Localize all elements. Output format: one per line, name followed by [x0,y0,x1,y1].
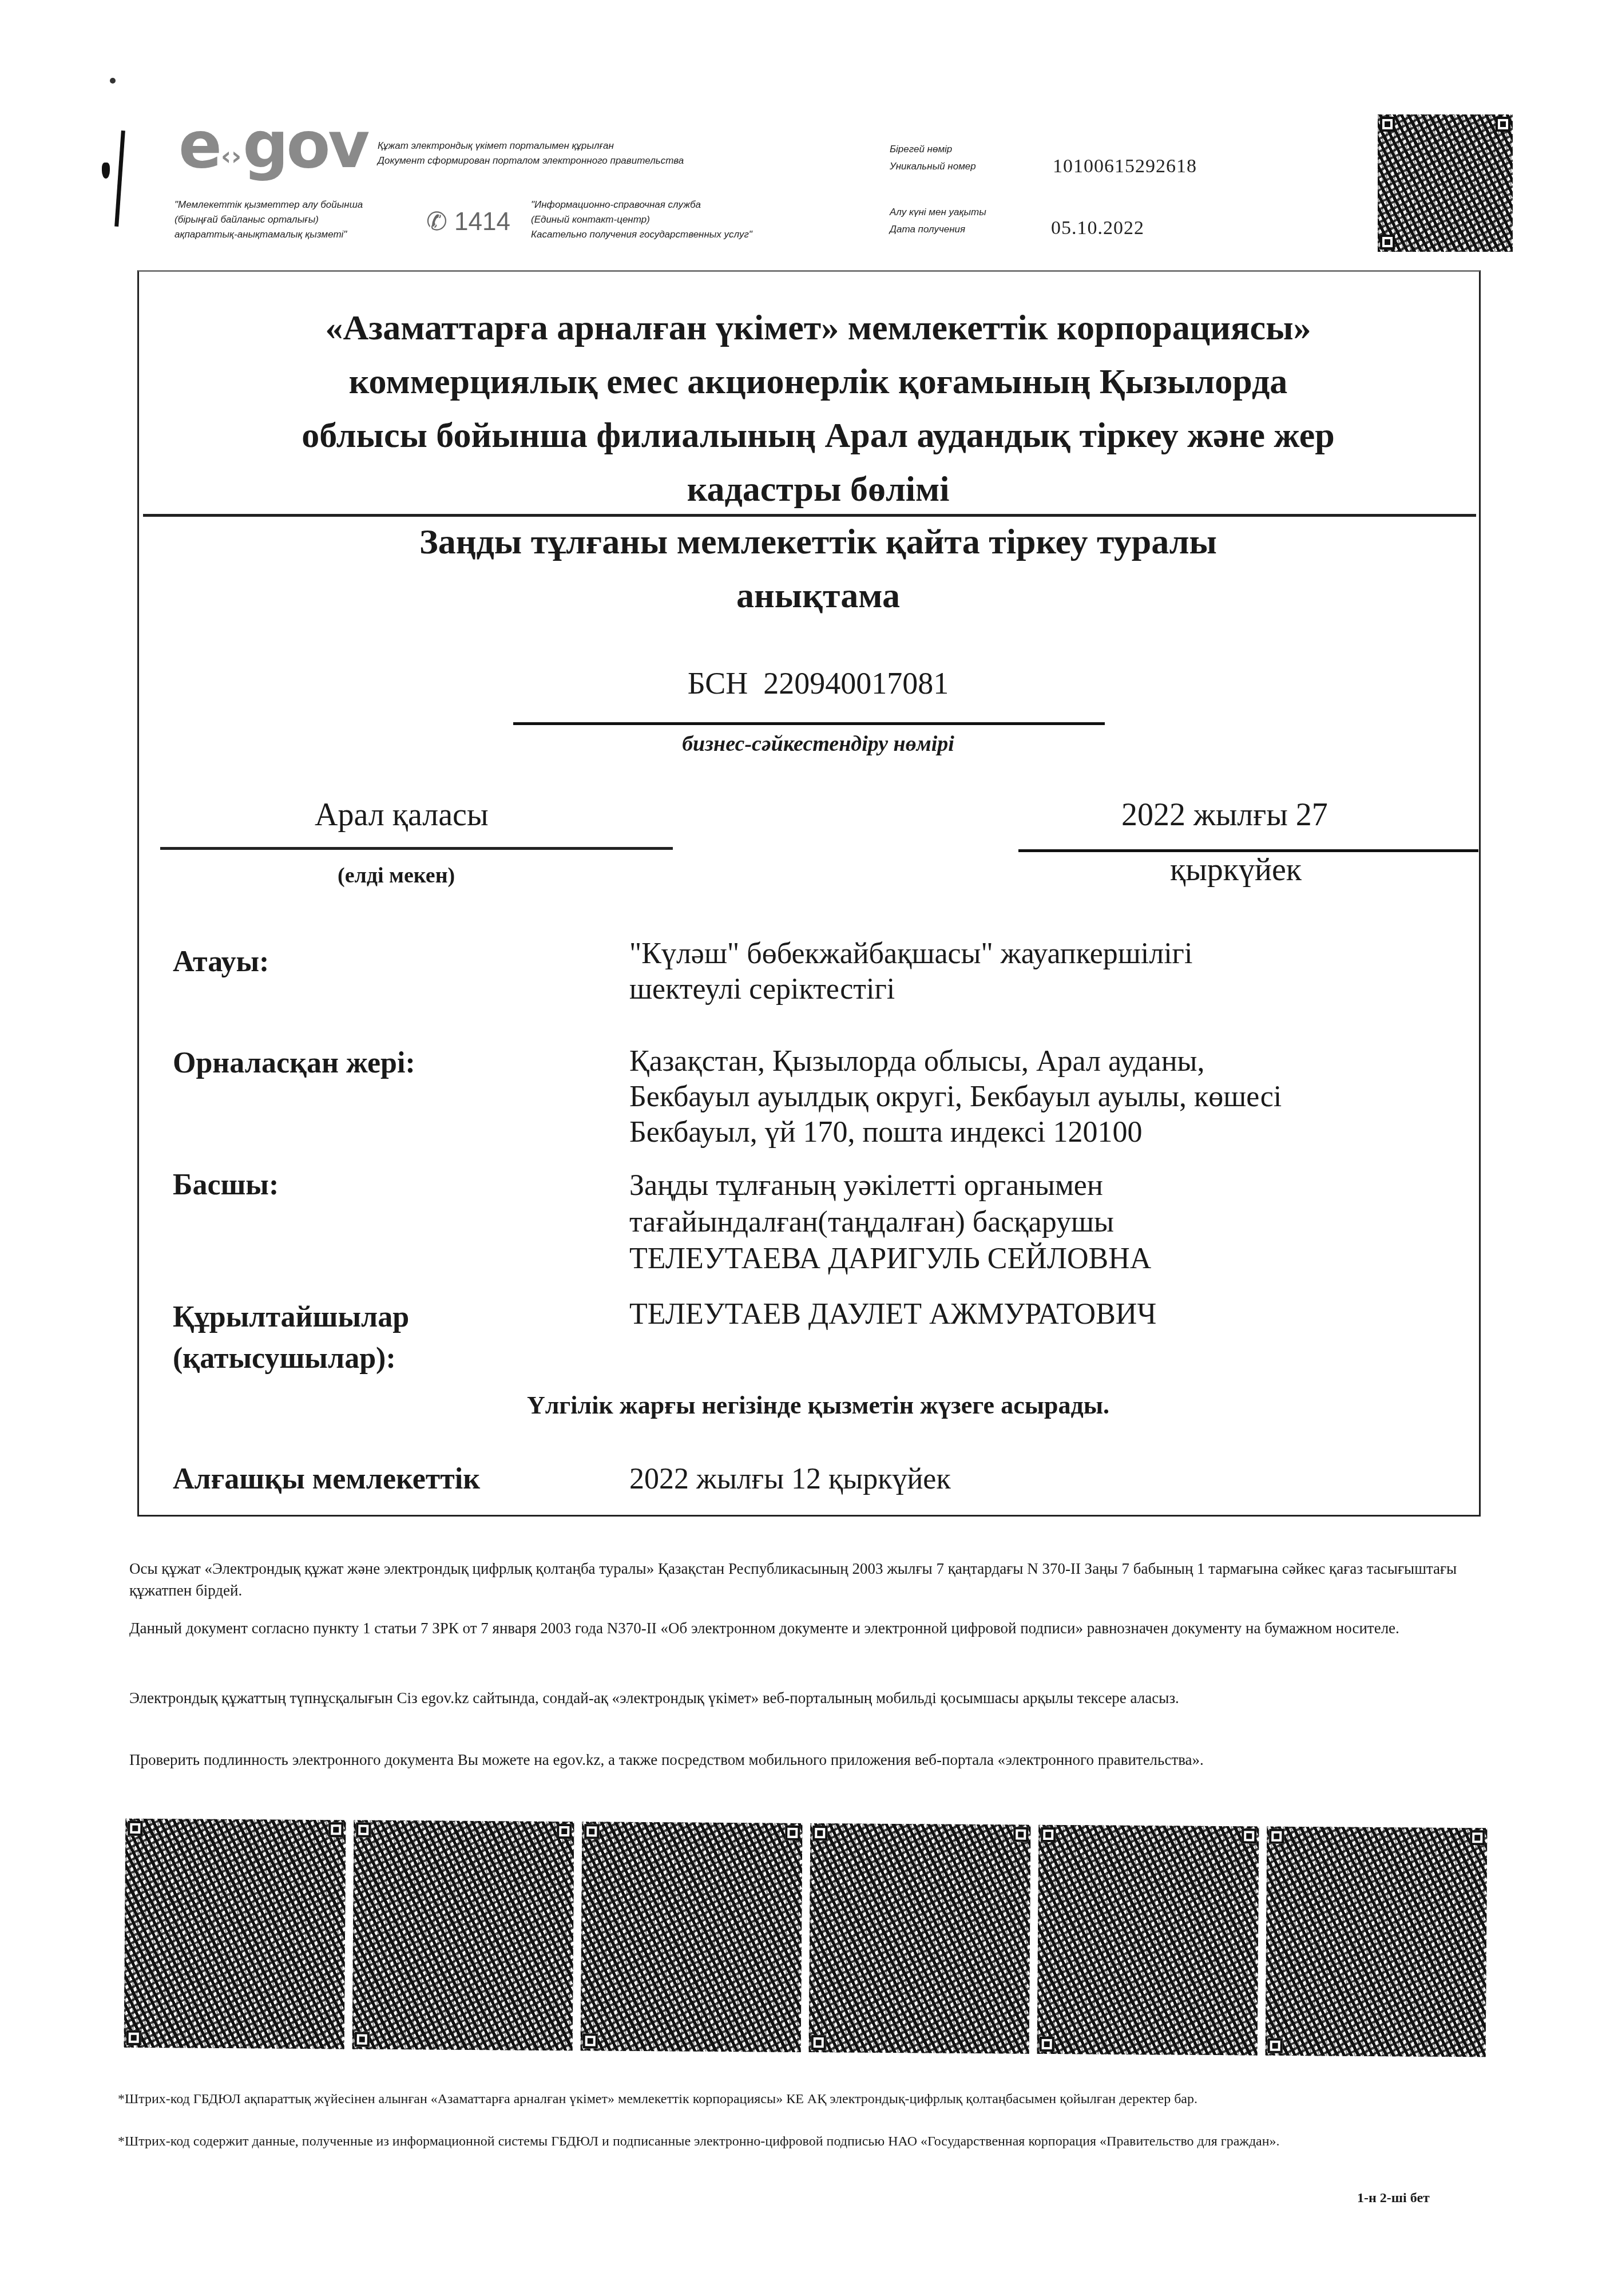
service-kz-line: ақпараттық-анықтамалық қызметі" [175,227,363,242]
phone-number: 1414 [454,208,510,236]
address-label: Орналасқан жері: [173,1046,415,1081]
place-underline [160,847,673,850]
contact-phone: ✆ 1414 [426,207,510,236]
service-info-kz: "Мемлекеттік қызметтер алу бойынша (біры… [175,197,363,242]
qr-code-icon [581,1822,803,2052]
unique-number: 10100615292618 [1053,156,1197,177]
page-indicator: 1-н 2-ші бет [1357,2191,1430,2206]
logo-gov: gov [243,108,367,183]
barcode-note-ru: *Штрих-код содержит данные, полученные и… [118,2131,1491,2152]
place-caption: (елді мекен) [338,863,455,888]
qr-code-icon [352,1820,574,2050]
org-line: «Азаматтарға арналған үкімет» мемлекетті… [172,301,1465,355]
margin-ink-blot [102,163,110,179]
verify-note-kz: Электрондық құжаттың түпнұсқалығын Сіз e… [129,1687,1502,1709]
received-date-label: Алу күні мен уақыты Дата получения [890,204,986,238]
portal-note-ru: Документ сформирован порталом электронно… [378,153,684,168]
head-line: ТЕЛЕУТАЕВА ДАРИГУЛЬ СЕЙЛОВНА [629,1241,1488,1277]
org-line: облысы бойынша филиалының Арал аудандық … [172,409,1465,462]
scan-speck [110,78,116,84]
egov-logo: e‹›gov [179,113,367,177]
founders-value: ТЕЛЕУТАЕВ ДАУЛЕТ АЖМУРАТОВИЧ [629,1297,1488,1332]
received-date-label-ru: Дата получения [890,221,986,238]
title-line: анықтама [172,569,1465,623]
issue-month: қыркүйек [1170,852,1302,888]
founders-label-line: (қатысушылар): [173,1338,409,1379]
org-line: коммерциялық емес акционерлік қоғамының … [172,355,1465,409]
bin-caption: бизнес-сәйкестендіру нөмірі [172,731,1465,757]
head-line: тағайындалған(таңдалған) басқарушы [629,1204,1488,1241]
service-ru-line: (Единый контакт-центр) [531,212,752,227]
service-ru-line: Касательно получения государственных усл… [531,227,752,242]
bin-number: БСН 220940017081 [172,666,1465,701]
logo-separator-icon: ‹› [221,142,241,171]
place: Арал қаласы [315,797,489,833]
barcode-strip [124,1819,1488,2057]
bin-underline [513,722,1105,725]
address-line: Бекбауыл, үй 170, пошта индексі 120100 [629,1115,1488,1150]
title-line: Заңды тұлғаны мемлекеттік қайта тіркеу т… [172,515,1465,569]
service-ru-line: "Информационно-справочная служба [531,197,752,212]
founders-label-line: Құрылтайшылар [173,1297,409,1338]
logo-e: e [179,108,220,183]
bin-label: БСН [688,666,748,700]
qr-code-icon [809,1823,1031,2054]
portal-generated-note: Құжат электрондық үкімет порталымен құры… [378,138,684,168]
qr-code-icon [1037,1825,1259,2056]
unique-number-label-ru: Уникальный номер [890,158,976,175]
service-kz-line: (бірыңғай байланыс орталығы) [175,212,363,227]
barcode-note-kz: *Штрих-код ГБДЮЛ ақпараттық жүйесінен ал… [118,2089,1491,2109]
bin-value: 220940017081 [763,666,949,700]
received-date: 05.10.2022 [1051,217,1144,239]
address-value: Қазақстан, Қызылорда облысы, Арал ауданы… [629,1044,1488,1150]
charter-note: Үлгілік жарғы негізінде қызметін жүзеге … [172,1391,1465,1420]
document-title: Заңды тұлғаны мемлекеттік қайта тіркеу т… [172,515,1465,623]
service-info-ru: "Информационно-справочная служба (Единый… [531,197,752,242]
head-label: Басшы: [173,1167,279,1203]
legal-note-ru: Данный документ согласно пункту 1 статьи… [129,1617,1502,1639]
qr-code-icon [1378,114,1513,252]
phone-icon: ✆ [426,208,447,236]
head-line: Заңды тұлғаның уәкілетті органымен [629,1167,1488,1204]
name-label: Атауы: [173,944,269,980]
issue-date: 2022 жылғы 27 [1121,797,1328,833]
first-registration-label: Алғашқы мемлекеттік [173,1462,480,1497]
address-line: Қазақстан, Қызылорда облысы, Арал ауданы… [629,1044,1488,1079]
name-line: "Күләш" бөбекжайбақшасы" жауапкершілігі [629,936,1488,972]
legal-note-kz: Осы құжат «Электрондық құжат және электр… [129,1558,1502,1601]
name-line: шектеулі серіктестігі [629,972,1488,1007]
unique-number-label-kz: Бірегей нөмір [890,141,976,158]
founders-label: Құрылтайшылар (қатысушылар): [173,1297,409,1379]
verify-note-ru: Проверить подлинность электронного докум… [129,1749,1502,1771]
unique-number-label: Бірегей нөмір Уникальный номер [890,141,976,175]
qr-code-icon [124,1819,346,2049]
address-line: Бекбауыл ауылдық округі, Бекбауыл ауылы,… [629,1079,1488,1115]
first-registration-value: 2022 жылғы 12 қыркүйек [629,1462,1201,1497]
qr-code-icon [1266,1827,1488,2057]
head-value: Заңды тұлғаның уәкілетті органымен тағай… [629,1167,1488,1277]
margin-pen-mark [114,130,125,227]
received-date-label-kz: Алу күні мен уақыты [890,204,986,221]
service-kz-line: "Мемлекеттік қызметтер алу бойынша [175,197,363,212]
portal-note-kz: Құжат электрондық үкімет порталымен құры… [378,138,684,153]
name-value: "Күләш" бөбекжайбақшасы" жауапкершілігі … [629,936,1488,1007]
org-line: кадастры бөлімі [172,462,1465,516]
issuing-organization: «Азаматтарға арналған үкімет» мемлекетті… [172,301,1465,516]
